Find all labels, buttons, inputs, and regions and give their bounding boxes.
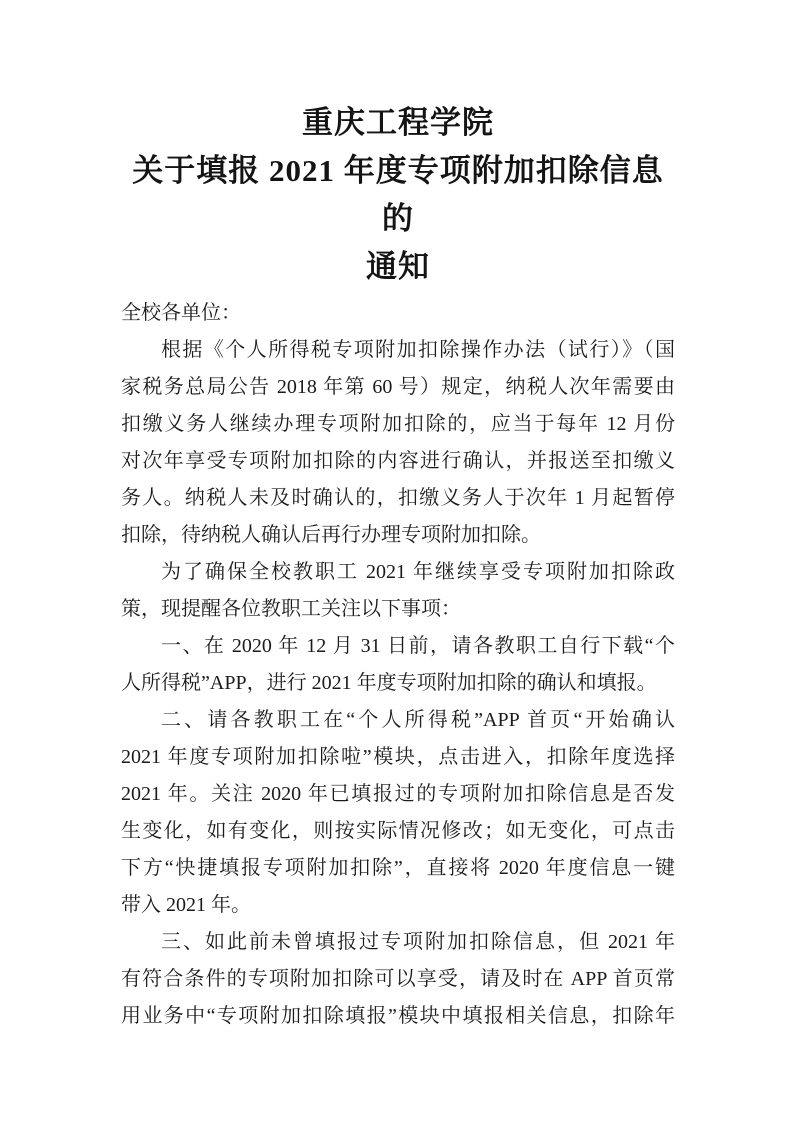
body-line: 2021 年度专项附加扣除啦”模块，点击进入，扣除年度选择 — [121, 739, 675, 776]
body-line: 人所得税”APP，进行 2021 年度专项附加扣除的确认和填报。 — [121, 665, 675, 702]
body-lines: 根据《个人所得税专项附加扣除操作办法（试行）》（国家税务总局公告 2018 年第… — [121, 332, 675, 1035]
body-line: 扣除，待纳税人确认后再行办理专项附加扣除。 — [121, 517, 675, 554]
body-line: 为了确保全校教职工 2021 年继续享受专项附加扣除政 — [121, 554, 675, 591]
body-line: 扣缴义务人继续办理专项附加扣除的，应当于每年 12 月份 — [121, 406, 675, 443]
body-line: 用业务中“专项附加扣除填报”模块中填报相关信息，扣除年 — [121, 998, 675, 1035]
body-line: 下方“快捷填报专项附加扣除”，直接将 2020 年度信息一键 — [121, 850, 675, 887]
body-line: 三、如此前未曾填报过专项附加扣除信息，但 2021 年 — [121, 924, 675, 961]
document-page: 重庆工程学院 关于填报 2021 年度专项附加扣除信息的 通知 全校各单位： 根… — [0, 0, 793, 1122]
body-line: 对次年享受专项附加扣除的内容进行确认，并报送至扣缴义 — [121, 443, 675, 480]
doc-title-line-3: 通知 — [121, 243, 675, 291]
doc-body: 全校各单位： 根据《个人所得税专项附加扣除操作办法（试行）》（国家税务总局公告 … — [121, 295, 675, 1035]
body-line: 生变化，如有变化，则按实际情况修改；如无变化，可点击 — [121, 813, 675, 850]
body-line: 二、请各教职工在“个人所得税”APP 首页“开始确认 — [121, 702, 675, 739]
body-line: 一、在 2020 年 12 月 31 日前，请各教职工自行下载“个 — [121, 628, 675, 665]
body-line: 务人。纳税人未及时确认的，扣缴义务人于次年 1 月起暂停 — [121, 480, 675, 517]
body-line: 策，现提醒各位教职工关注以下事项： — [121, 591, 675, 628]
document-content: 重庆工程学院 关于填报 2021 年度专项附加扣除信息的 通知 全校各单位： 根… — [121, 0, 675, 1035]
doc-title: 重庆工程学院 关于填报 2021 年度专项附加扣除信息的 通知 — [121, 99, 675, 291]
body-line: 2021 年。关注 2020 年已填报过的专项附加扣除信息是否发 — [121, 776, 675, 813]
doc-title-line-1: 重庆工程学院 — [121, 99, 675, 147]
body-line: 根据《个人所得税专项附加扣除操作办法（试行）》（国 — [121, 332, 675, 369]
body-line: 家税务总局公告 2018 年第 60 号）规定，纳税人次年需要由 — [121, 369, 675, 406]
body-line: 有符合条件的专项附加扣除可以享受，请及时在 APP 首页常 — [121, 961, 675, 998]
body-line: 带入 2021 年。 — [121, 887, 675, 924]
doc-title-line-2: 关于填报 2021 年度专项附加扣除信息的 — [121, 147, 675, 243]
salutation: 全校各单位： — [121, 295, 675, 332]
